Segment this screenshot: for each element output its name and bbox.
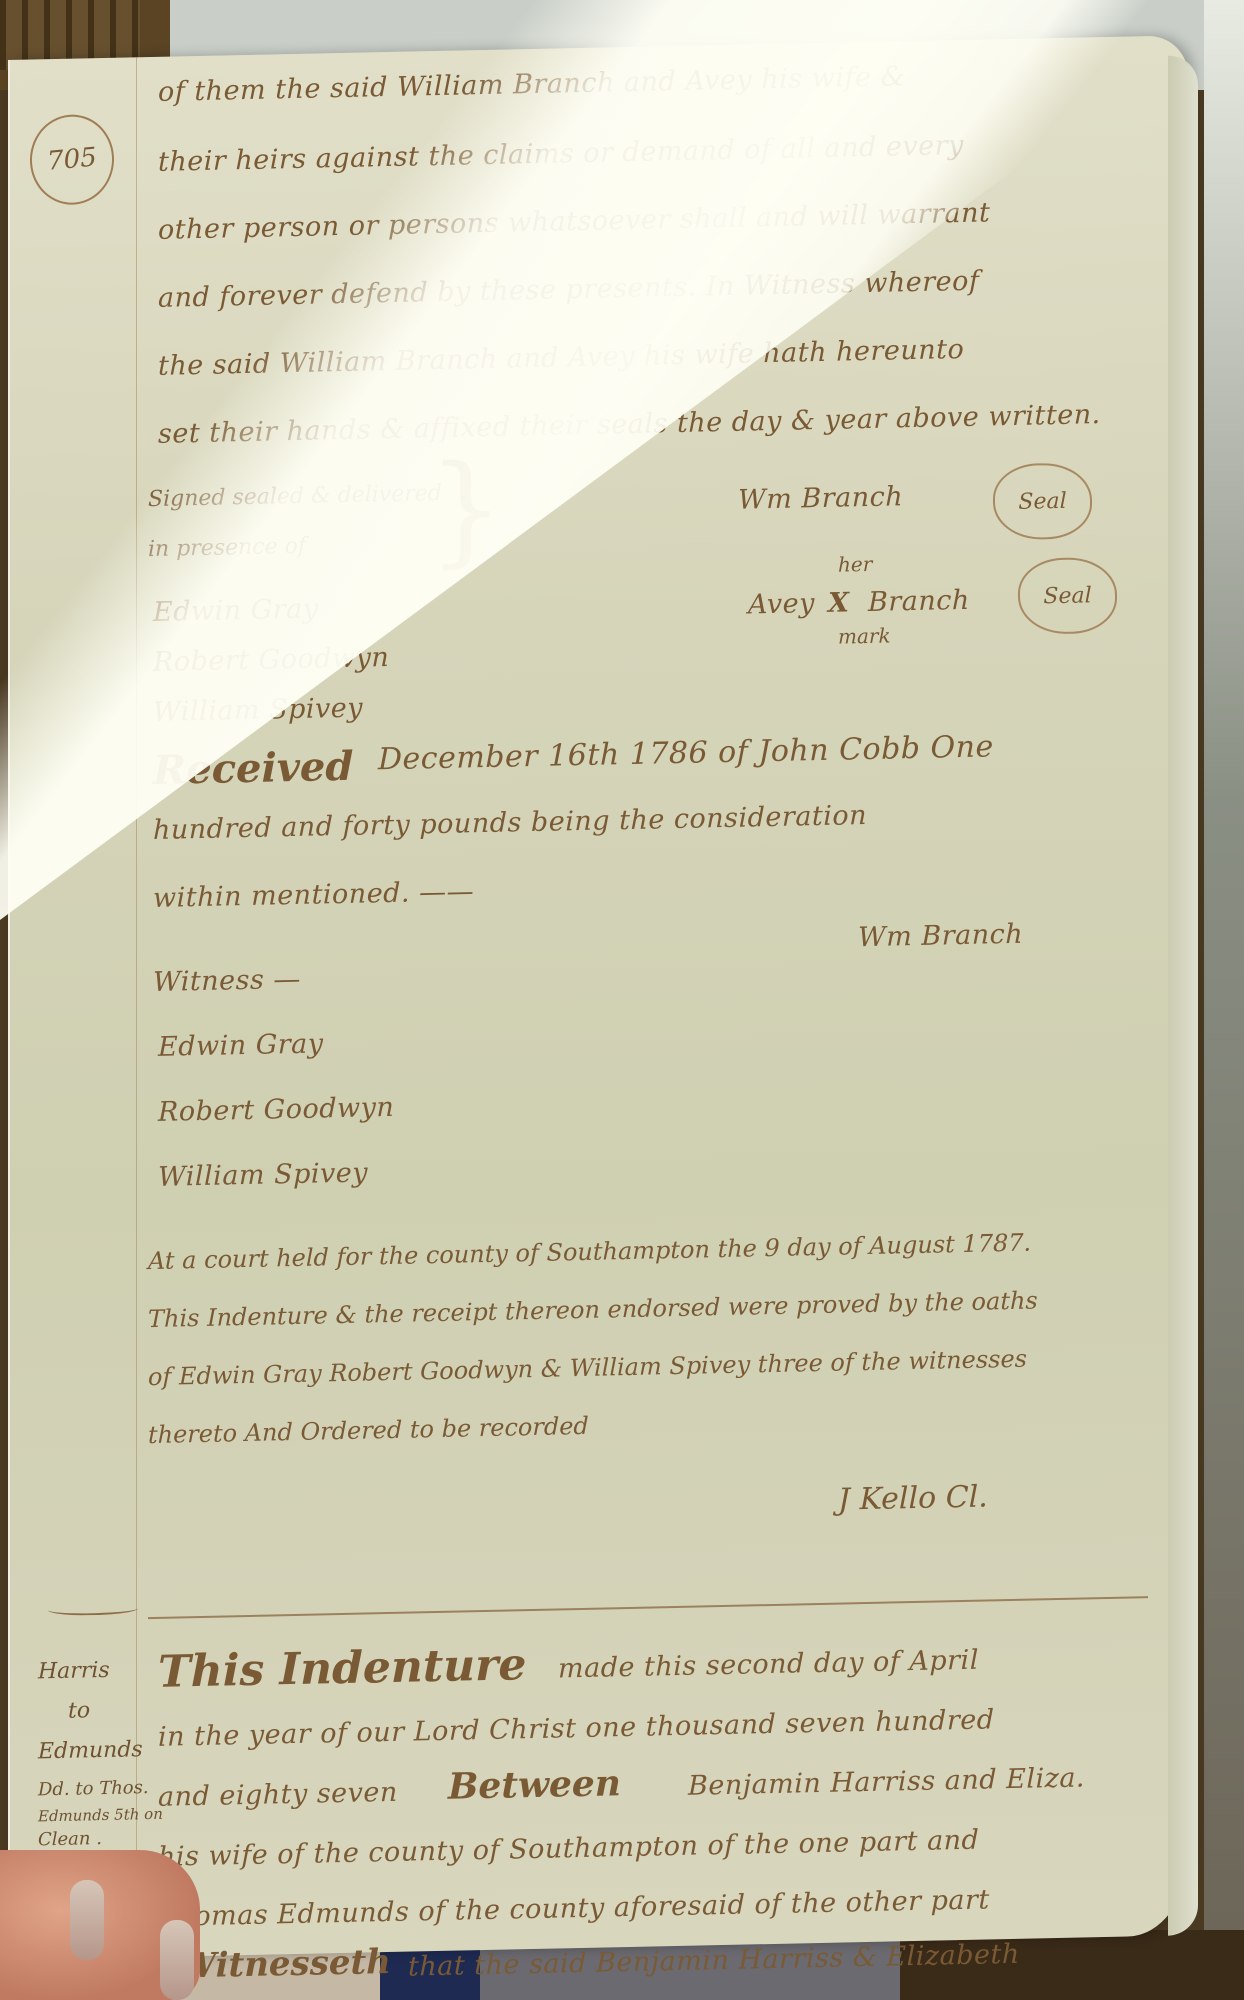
text-line: their heirs against the claims or demand… [158,130,964,178]
seal-icon: Seal [993,462,1092,540]
signature-wm-branch: Wm Branch [738,481,903,515]
ledger-page: 705 of them the said William Branch and … [8,35,1188,1960]
flourish-divider [48,1602,138,1616]
receipt-signature: Wm Branch [858,919,1023,953]
text-line: thereto And Ordered to be recorded [148,1412,589,1449]
section-rule [148,1596,1148,1619]
text-line: of them the said William Branch and Avey… [158,61,905,108]
receipt-heading: Received [153,743,353,794]
witness-name: Edwin Gray [158,1028,324,1062]
witness-name: Edwin Gray [153,593,319,627]
text-line: Thomas Edmunds of the county aforesaid o… [158,1884,990,1932]
witness-name: William Spivey [153,693,363,728]
seal-icon: Seal [1018,557,1117,635]
mark-label-mark: mark [838,624,891,649]
brace-icon: } [428,450,504,572]
text-line: other person or persons whatsoever shall… [158,197,990,245]
witness-label: Witness — [153,964,301,998]
text-line: set their hands & affixed their seals th… [158,399,1101,450]
text-line: within mentioned. —— [153,876,474,914]
margin-rule [136,57,137,1957]
mark-x-icon: X [828,587,849,618]
text-line: of Edwin Gray Robert Goodwyn & William S… [148,1345,1027,1391]
text-line: Benjamin Harriss and Eliza. [688,1762,1085,1801]
text-line: At a court held for the county of Southa… [148,1229,1031,1275]
between-heading: Between [448,1762,621,1808]
attestation-line: in presence of [148,534,306,562]
text-line: This Indenture & the receipt thereon end… [148,1286,1038,1333]
page-number: 705 [27,111,117,208]
text-line: and forever defend by these presents. In… [158,266,979,314]
mark-label-her: her [838,552,872,577]
witness-name: Robert Goodwyn [153,642,389,678]
clerk-signature: J Kello Cl. [838,1479,988,1517]
hand-holding-page [0,1850,200,2000]
text-line: the said William Branch and Avey his wif… [158,334,964,382]
text-line: hundred and forty pounds being the consi… [153,800,867,846]
text-line: December 16th 1786 of John Cobb One [378,729,994,777]
background-right-edge [1204,0,1244,2000]
signature-avey-surname: Branch [868,585,970,618]
indenture-heading: This Indenture [158,1639,526,1698]
text-line: his wife of the county of Southampton of… [158,1825,979,1873]
witness-name: Robert Goodwyn [158,1092,394,1128]
attestation-line: Signed sealed & delivered [148,481,442,512]
page-curl [1168,55,1198,1936]
text-line: in the year of our Lord Christ one thous… [158,1704,994,1753]
signature-avey: Avey [748,588,815,620]
text-line: and eighty seven [158,1777,398,1813]
witness-name: William Spivey [158,1157,368,1192]
text-line: made this second day of April [558,1645,979,1685]
witnesseth-heading: Witnesseth [178,1942,391,1986]
